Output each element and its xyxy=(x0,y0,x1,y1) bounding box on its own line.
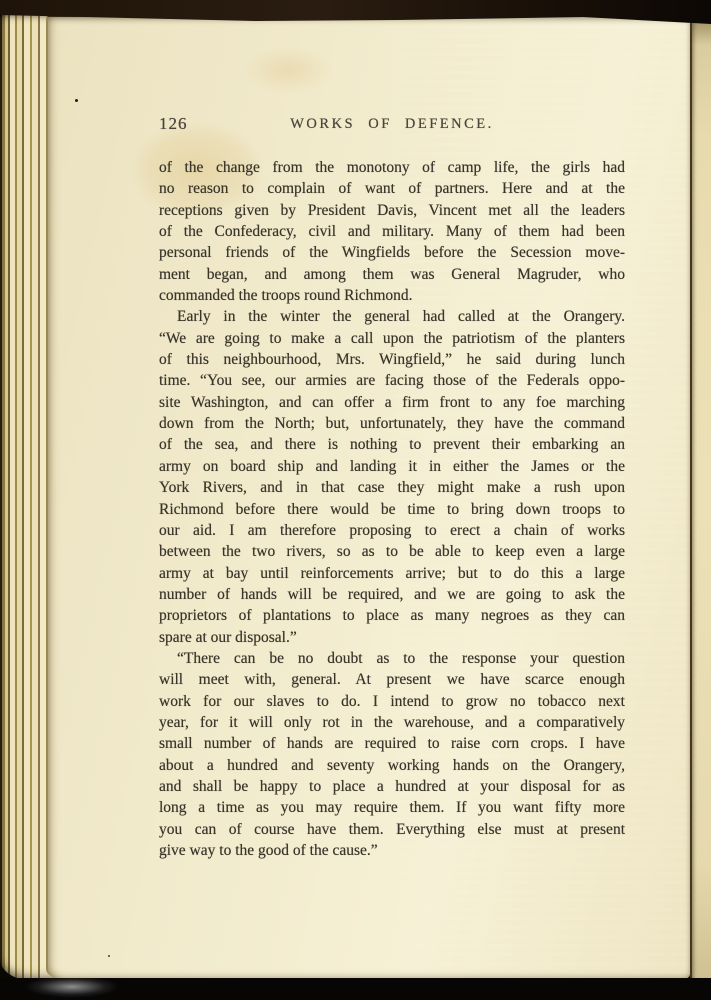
text-line: spare at our disposal.” xyxy=(159,627,625,648)
paragraph: Early in the winter the general had call… xyxy=(159,306,625,648)
page-header: 126 WORKS OF DEFENCE. xyxy=(159,114,625,136)
paragraph: “There can be no doubt as to the respons… xyxy=(159,648,625,861)
text-line: of the change from the monotony of camp … xyxy=(159,157,625,178)
text-line: Early in the winter the general had call… xyxy=(159,306,625,327)
text-line: small number of hands are required to ra… xyxy=(159,733,625,754)
text-line: army on board ship and landing it in eit… xyxy=(159,456,625,477)
ink-speck xyxy=(75,99,78,102)
text-line: site Washington, and can offer a firm fr… xyxy=(159,392,625,413)
text-line: of this neighbourhood, Mrs. Wingfield,” … xyxy=(159,349,625,370)
text-line: between the two rivers, so as to be able… xyxy=(159,541,625,562)
text-line: commanded the troops round Richmond. xyxy=(159,285,625,306)
text-line: and shall be happy to place a hundred at… xyxy=(159,776,625,797)
text-line: give way to the good of the cause.” xyxy=(159,840,625,861)
text-line: “We are going to make a call upon the pa… xyxy=(159,328,625,349)
text-line: year, for it will only rot in the wareho… xyxy=(159,712,625,733)
text-line: ment began, and among them was General M… xyxy=(159,264,625,285)
text-line: of the sea, and there is nothing to prev… xyxy=(159,434,625,455)
text-line: will meet with, general. At present we h… xyxy=(159,669,625,690)
text-line: about a hundred and seventy working hand… xyxy=(159,755,625,776)
text-line: Richmond before there would be time to b… xyxy=(159,499,625,520)
text-line: you can of course have them. Everything … xyxy=(159,819,625,840)
book-page: 126 WORKS OF DEFENCE. of the change from… xyxy=(46,16,690,979)
text-line: no reason to complain of want of partner… xyxy=(159,178,625,199)
text-line: proprietors of plantations to place as m… xyxy=(159,605,625,626)
text-line: York Rivers, and in that case they might… xyxy=(159,477,625,498)
text-line: time. “You see, our armies are facing th… xyxy=(159,370,625,391)
page-number: 126 xyxy=(159,114,188,134)
running-title: WORKS OF DEFENCE. xyxy=(159,114,625,133)
background-bottom-shadow xyxy=(0,978,711,1000)
text-column: 126 WORKS OF DEFENCE. of the change from… xyxy=(159,114,625,861)
text-line: receptions given by President Davis, Vin… xyxy=(159,200,625,221)
text-line: number of hands will be required, and we… xyxy=(159,584,625,605)
text-line: our aid. I am therefore proposing to ere… xyxy=(159,520,625,541)
page-body: of the change from the monotony of camp … xyxy=(159,157,625,861)
text-line: “There can be no doubt as to the respons… xyxy=(159,648,625,669)
text-line: of the Confederacy, civil and military. … xyxy=(159,221,625,242)
scanned-book-photo: 126 WORKS OF DEFENCE. of the change from… xyxy=(0,0,711,1000)
text-line: long a time as you may require them. If … xyxy=(159,797,625,818)
ink-speck xyxy=(108,955,110,957)
text-line: personal friends of the Wingfields befor… xyxy=(159,242,625,263)
text-line: army at bay until reinforcements arrive;… xyxy=(159,563,625,584)
paper-stain xyxy=(223,35,353,105)
paragraph: of the change from the monotony of camp … xyxy=(159,157,625,306)
book-fore-edge-right xyxy=(690,17,711,979)
text-line: down from the North; but, unfortunately,… xyxy=(159,413,625,434)
text-line: work for our slaves to do. I intend to g… xyxy=(159,691,625,712)
